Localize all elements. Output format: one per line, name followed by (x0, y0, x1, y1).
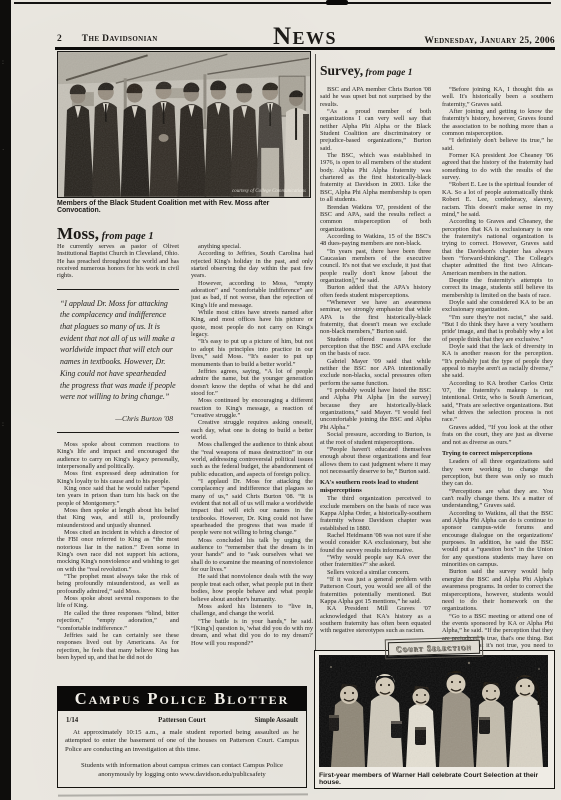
pullquote-rule-bottom (57, 432, 179, 433)
article-paragraph: “I applaud Dr. Moss for attacking the co… (191, 478, 313, 537)
pullquote-rule-top (57, 289, 179, 290)
article-paragraph: According to Watkins, all that the BSC a… (442, 510, 553, 569)
article-paragraph: “People haven't educated themselves enou… (320, 446, 431, 475)
article-paragraph: According to Jeffries, South Carolina ha… (191, 250, 313, 279)
page-date: Wednesday, January 25, 2006 (424, 36, 555, 46)
article-paragraph: Leaders of all three organizations said … (442, 458, 553, 487)
article-paragraph: “Robert E. Lee is the spiritual founder … (442, 181, 553, 218)
article-paragraph: “Why would people say KA over the other … (320, 554, 431, 569)
article-paragraph: KA President Mill Graves '07 acknowledge… (320, 605, 431, 634)
article-paragraph: Moss spoke about several responses to th… (57, 595, 179, 610)
article-paragraph: “As a proud member of both organizations… (320, 108, 431, 152)
bsc-convocation-photo: courtesy of College Communications (57, 51, 311, 198)
article-paragraph: Social pressure, according to Burton, is… (320, 431, 431, 446)
article-paragraph: Brendan Watkins '07, president of the BS… (320, 204, 431, 233)
blotter-incident: Simple Assault (230, 717, 298, 724)
survey-col1-body: BSC and APA member Chris Burton '08 said… (320, 86, 431, 475)
survey-article: Survey, from page 1 BSC and APA member C… (320, 55, 553, 652)
article-paragraph: Moss spoke about common reactions to Kin… (57, 441, 179, 470)
survey-col1-body-2: The third organization perceived to excl… (320, 495, 431, 635)
article-paragraph: Despite the fraternity's attempts to cor… (442, 277, 553, 299)
blotter-location: Patterson Court (134, 717, 230, 724)
article-paragraph: Former KA president Joe Cheaney '06 agre… (442, 152, 553, 181)
blotter-entry-body: At approximately 10:15 a.m., a male stud… (65, 729, 299, 754)
article-paragraph: Burton added that the APA's history ofte… (320, 284, 431, 299)
survey-column-2: “Before joining KA, I thought this as we… (442, 86, 553, 652)
photo-credit: courtesy of College Communications (232, 189, 306, 194)
survey-column-1: BSC and APA member Chris Burton '08 said… (320, 86, 431, 652)
moss-col1-body: Moss spoke about common reactions to Kin… (57, 441, 179, 661)
paper-name: The Davidsonian (82, 34, 158, 44)
article-paragraph: “The battle is in your hands,” he said. … (191, 618, 313, 647)
article-paragraph: Doyle said that the lack of diversity in… (442, 343, 553, 380)
article-paragraph: Jeffries said he can certainly see these… (57, 632, 179, 661)
blotter-title: Campus Police Blotter (57, 686, 307, 711)
court-photo-illustration (319, 655, 548, 767)
moss-headline: Moss, from page 1 (57, 219, 313, 243)
moss-column-2: anything special.According to Jeffries, … (191, 243, 313, 693)
article-paragraph: According to KA brother Carlos Ortiz '07… (442, 380, 553, 424)
article-paragraph: While most cities have streets named aft… (191, 309, 313, 338)
pull-quote-attribution: —Chris Burton '08 (57, 414, 173, 423)
article-paragraph: Gabriel Mayer '09 said that while neithe… (320, 358, 431, 387)
article-paragraph: anything special. (191, 243, 313, 250)
article-paragraph: “If it was just a general problem with P… (320, 576, 431, 605)
court-photo-caption: First-year members of Warner Hall celebr… (319, 772, 548, 786)
court-photo-frame: First-year members of Warner Hall celebr… (314, 650, 555, 789)
article-paragraph: BSC and APA member Chris Burton '08 said… (320, 86, 431, 108)
newspaper-page: : · : 2The Davidsonian News Wednesday, J… (0, 0, 561, 800)
scan-edge-artifact: : · : (0, 0, 11, 800)
article-paragraph: Rachel Heidmann '08 was not sure if she … (320, 532, 431, 554)
article-paragraph: Moss cited an incident in which a direct… (57, 529, 179, 573)
photo-caption: Members of the Black Student Coalition m… (57, 200, 313, 214)
article-paragraph: He called the three responses “blind, bi… (57, 610, 179, 632)
masthead-rule (55, 47, 555, 50)
article-paragraph: Creative struggle requires asking onesel… (191, 419, 313, 441)
scan-top-rule (14, 2, 551, 4)
article-paragraph: He said that nonviolence deals with the … (191, 573, 313, 602)
court-selection-photo (319, 655, 548, 767)
survey-headline-continuation: from page 1 (363, 68, 412, 78)
survey-col2-body-2: Leaders of all three organizations said … (442, 458, 553, 652)
article-paragraph: “The prophet must always take the risk o… (57, 573, 179, 595)
article-paragraph: After joining and getting to know the fr… (442, 108, 553, 137)
article-paragraph: “I definitely don't believe its true,” h… (442, 137, 553, 152)
survey-columns: BSC and APA member Chris Burton '08 said… (320, 86, 553, 652)
scan-artifact (58, 793, 308, 796)
article-paragraph: According to Watkins, 15 of the BSC's 48… (320, 233, 431, 248)
article-paragraph: Moss first expressed deep admiration for… (57, 470, 179, 485)
article-paragraph: Students offered reasons for the percept… (320, 336, 431, 358)
article-paragraph: “Before joining KA, I thought this as we… (442, 86, 553, 108)
article-paragraph: Moss continued by encouraging a differen… (191, 397, 313, 419)
moss-intro: He currently serves as pastor of Olivet … (57, 243, 179, 280)
blotter-footer-note: Students with information about campus c… (72, 762, 292, 779)
article-paragraph: According to Graves and Cheaney, the per… (442, 218, 553, 277)
survey-subhead-ka: KA's southern roots lead to student misp… (320, 479, 431, 494)
article-paragraph: Doyle said she considered KA to be an ex… (442, 299, 553, 314)
article-paragraph: “Whenever we have an awareness seminar, … (320, 299, 431, 336)
survey-subhead-correct: Trying to correct misperceptions (442, 450, 553, 457)
article-paragraph: “I probably would have listed the BSC an… (320, 387, 431, 431)
survey-col2-body: “Before joining KA, I thought this as we… (442, 86, 553, 446)
article-paragraph: Moss concluded his talk by urging the au… (191, 537, 313, 574)
article-paragraph: King once said that he would rather “spe… (57, 485, 179, 507)
article-paragraph: Moss challenged the audience to think ab… (191, 441, 313, 478)
article-paragraph: Graves added, “If you look at the other … (442, 424, 553, 446)
article-paragraph: Jeffries agrees, saying, “A lot of peopl… (191, 368, 313, 397)
campus-police-blotter: Campus Police Blotter 1/14 Patterson Cou… (57, 686, 307, 788)
article-paragraph: “I'm sure they're not racist,” she said.… (442, 314, 553, 343)
blotter-box: 1/14 Patterson Court Simple Assault At a… (57, 711, 307, 788)
article-paragraph: The BSC, which was established in 1976, … (320, 152, 431, 203)
article-paragraph: He currently serves as pastor of Olivet … (57, 243, 179, 280)
pull-quote: “I applaud Dr. Moss for attacking the co… (57, 298, 179, 403)
survey-headline: Survey, from page 1 (320, 55, 553, 82)
bsc-photo-illustration (58, 52, 310, 197)
article-paragraph: However, according to Moss, “empty adora… (191, 280, 313, 309)
court-selection-banner: Court Selection (388, 640, 480, 657)
article-paragraph: Sellers voiced a similar concern. (320, 569, 431, 576)
court-selection-feature: First-year members of Warner Hall celebr… (314, 641, 555, 793)
page-number: 2 (57, 34, 62, 44)
moss-headline-continuation: from page 1 (99, 231, 154, 242)
moss-column-1: He currently serves as pastor of Olivet … (57, 243, 179, 693)
moss-columns: He currently serves as pastor of Olivet … (57, 243, 313, 693)
article-paragraph: Moss asked his listeners to “live in, ch… (191, 603, 313, 618)
scan-artifact (326, 0, 348, 5)
moss-headline-word: Moss, (57, 224, 99, 243)
column-divider-rule (315, 54, 316, 686)
page-header: 2The Davidsonian News Wednesday, January… (55, 26, 555, 48)
article-paragraph: “In years past, there have been three Ca… (320, 248, 431, 285)
article-paragraph: The third organization perceived to excl… (320, 495, 431, 532)
moss-article: courtesy of College Communications Membe… (57, 51, 313, 693)
survey-headline-word: Survey, (320, 63, 363, 78)
blotter-entry-header: 1/14 Patterson Court Simple Assault (66, 717, 298, 724)
article-paragraph: Moss then spoke at length about his beli… (57, 507, 179, 529)
article-paragraph: “Perceptions are what they are. You can'… (442, 488, 553, 510)
blotter-date: 1/14 (66, 717, 134, 724)
article-paragraph: “It's easy to put up a picture of him, b… (191, 338, 313, 367)
article-paragraph: Burton said the survey would help energi… (442, 568, 553, 612)
